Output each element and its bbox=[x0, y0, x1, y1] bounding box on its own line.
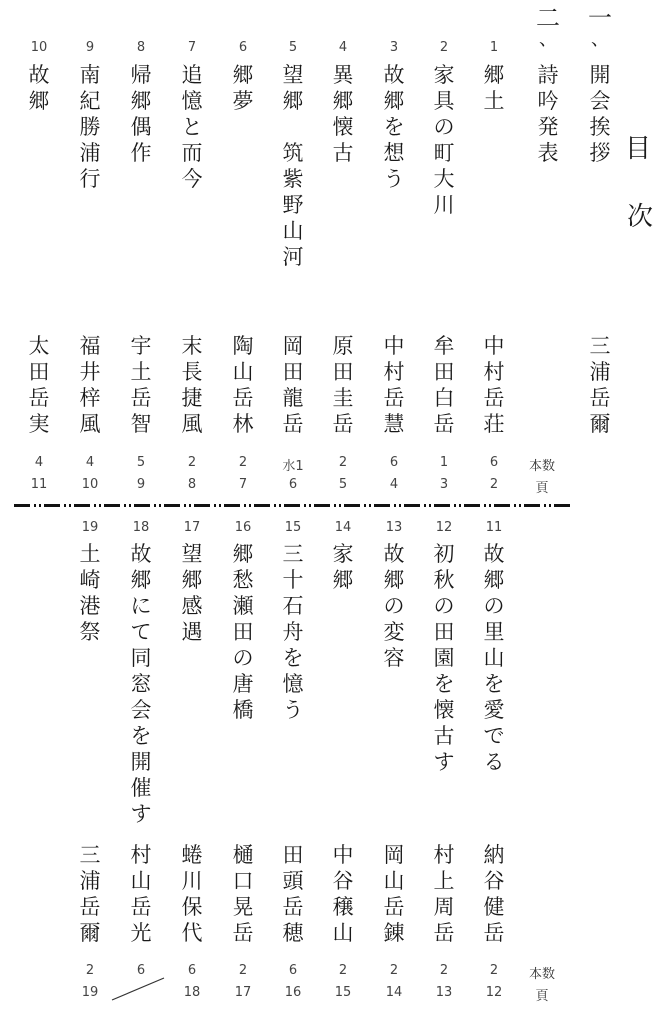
entry-page: 6 bbox=[278, 477, 308, 492]
entry-count: 2 bbox=[328, 455, 358, 470]
section-speaker: 三浦岳爾 bbox=[585, 333, 615, 437]
entry-title: 郷土 bbox=[479, 62, 509, 114]
entry-count: 2 bbox=[177, 455, 207, 470]
entry-count: 4 bbox=[24, 455, 54, 470]
entry-page: 4 bbox=[379, 477, 409, 492]
slash-mark bbox=[108, 974, 168, 1008]
page-column-label: 頁 bbox=[522, 985, 562, 1004]
entry-page: 9 bbox=[126, 477, 156, 492]
entry-page: 17 bbox=[228, 985, 258, 1000]
entry-count: 2 bbox=[429, 963, 459, 978]
entry-author: 村山岳光 bbox=[126, 842, 156, 946]
count-column-label: 本数 bbox=[522, 455, 562, 474]
section-label: 開会挨拶 bbox=[585, 62, 615, 166]
entry-count: 2 bbox=[328, 963, 358, 978]
entry-page: 7 bbox=[228, 477, 258, 492]
entry-title: 故郷の変容 bbox=[379, 541, 409, 671]
entry-author: 田頭岳穂 bbox=[278, 842, 308, 946]
entry-number: 3 bbox=[379, 40, 409, 55]
entry-count: 6 bbox=[177, 963, 207, 978]
entry-title: 望郷感遇 bbox=[177, 541, 207, 645]
entry-count: 4 bbox=[75, 455, 105, 470]
entry-number: 13 bbox=[379, 520, 409, 535]
entry-author: 宇土岳智 bbox=[126, 333, 156, 437]
entry-author: 末長捷風 bbox=[177, 333, 207, 437]
entry-page: 18 bbox=[177, 985, 207, 1000]
entry-number: 10 bbox=[24, 40, 54, 55]
entry-author: 陶山岳林 bbox=[228, 333, 258, 437]
entry-author: 原田圭岳 bbox=[328, 333, 358, 437]
entry-page: 13 bbox=[429, 985, 459, 1000]
entry-page: 19 bbox=[75, 985, 105, 1000]
entry-count: 2 bbox=[228, 963, 258, 978]
entry-number: 6 bbox=[228, 40, 258, 55]
entry-page: 8 bbox=[177, 477, 207, 492]
entry-title: 異郷懐古 bbox=[328, 62, 358, 166]
entry-number: 11 bbox=[479, 520, 509, 535]
entry-author: 福井梓風 bbox=[75, 333, 105, 437]
entry-page: 15 bbox=[328, 985, 358, 1000]
entry-page: 14 bbox=[379, 985, 409, 1000]
entry-number: 4 bbox=[328, 40, 358, 55]
entry-title: 初秋の田園を懐古す bbox=[429, 541, 459, 775]
entry-title: 郷夢 bbox=[228, 62, 258, 114]
section-number: 一、 bbox=[585, 8, 615, 50]
entry-number: 5 bbox=[278, 40, 308, 55]
entry-title: 故郷にて同窓会を開催す bbox=[126, 541, 156, 827]
entry-title: 土崎港祭 bbox=[75, 541, 105, 645]
entry-page: 5 bbox=[328, 477, 358, 492]
entry-number: 14 bbox=[328, 520, 358, 535]
entry-author: 岡山岳錬 bbox=[379, 842, 409, 946]
entry-title: 故郷を想う bbox=[379, 62, 409, 192]
entry-count: 6 bbox=[379, 455, 409, 470]
entry-number: 16 bbox=[228, 520, 258, 535]
entry-count: 2 bbox=[75, 963, 105, 978]
entry-count: 6 bbox=[479, 455, 509, 470]
entry-author: 三浦岳爾 bbox=[75, 842, 105, 946]
entry-title: 望郷 筑紫野山河 bbox=[278, 62, 308, 270]
entry-count: 2 bbox=[228, 455, 258, 470]
dash-dot-divider bbox=[14, 504, 574, 507]
entry-number: 8 bbox=[126, 40, 156, 55]
entry-count: 5 bbox=[126, 455, 156, 470]
entry-count: 1 bbox=[429, 455, 459, 470]
entry-count: 6 bbox=[278, 963, 308, 978]
section-number: 二、 bbox=[533, 8, 563, 50]
entry-page: 16 bbox=[278, 985, 308, 1000]
entry-page: 10 bbox=[75, 477, 105, 492]
entry-page: 11 bbox=[24, 477, 54, 492]
entry-number: 17 bbox=[177, 520, 207, 535]
entry-number: 7 bbox=[177, 40, 207, 55]
page-title-char: 目 bbox=[625, 128, 651, 165]
entry-number: 15 bbox=[278, 520, 308, 535]
entry-title: 郷愁瀬田の唐橋 bbox=[228, 541, 258, 723]
entry-author: 岡田龍岳 bbox=[278, 333, 308, 437]
entry-title: 家具の町大川 bbox=[429, 62, 459, 218]
entry-title: 南紀勝浦行 bbox=[75, 62, 105, 192]
entry-author: 牟田白岳 bbox=[429, 333, 459, 437]
count-column-label: 本数 bbox=[522, 963, 562, 982]
entry-title: 家郷 bbox=[328, 541, 358, 593]
entry-count: 水1 bbox=[278, 455, 308, 474]
entry-title: 三十石舟を憶う bbox=[278, 541, 308, 723]
entry-author: 中谷穣山 bbox=[328, 842, 358, 946]
entry-number: 9 bbox=[75, 40, 105, 55]
entry-page: 3 bbox=[429, 477, 459, 492]
entry-count: 2 bbox=[479, 963, 509, 978]
page-column-label: 頁 bbox=[522, 477, 562, 496]
entry-count: 2 bbox=[379, 963, 409, 978]
entry-title: 追憶と而今 bbox=[177, 62, 207, 192]
entry-author: 中村岳慧 bbox=[379, 333, 409, 437]
entry-number: 19 bbox=[75, 520, 105, 535]
entry-author: 村上周岳 bbox=[429, 842, 459, 946]
page-title-char: 次 bbox=[627, 196, 653, 233]
entry-number: 1 bbox=[479, 40, 509, 55]
entry-author: 樋口晃岳 bbox=[228, 842, 258, 946]
section-label: 詩吟発表 bbox=[533, 62, 563, 166]
entry-number: 2 bbox=[429, 40, 459, 55]
entry-title: 故郷の里山を愛でる bbox=[479, 541, 509, 775]
entry-number: 18 bbox=[126, 520, 156, 535]
entry-title: 帰郷偶作 bbox=[126, 62, 156, 166]
entry-title: 故郷 bbox=[24, 62, 54, 114]
entry-author: 納谷健岳 bbox=[479, 842, 509, 946]
entry-author: 太田岳実 bbox=[24, 333, 54, 437]
entry-page: 12 bbox=[479, 985, 509, 1000]
entry-number: 12 bbox=[429, 520, 459, 535]
entry-page: 2 bbox=[479, 477, 509, 492]
entry-author: 蜷川保代 bbox=[177, 842, 207, 946]
entry-author: 中村岳荘 bbox=[479, 333, 509, 437]
